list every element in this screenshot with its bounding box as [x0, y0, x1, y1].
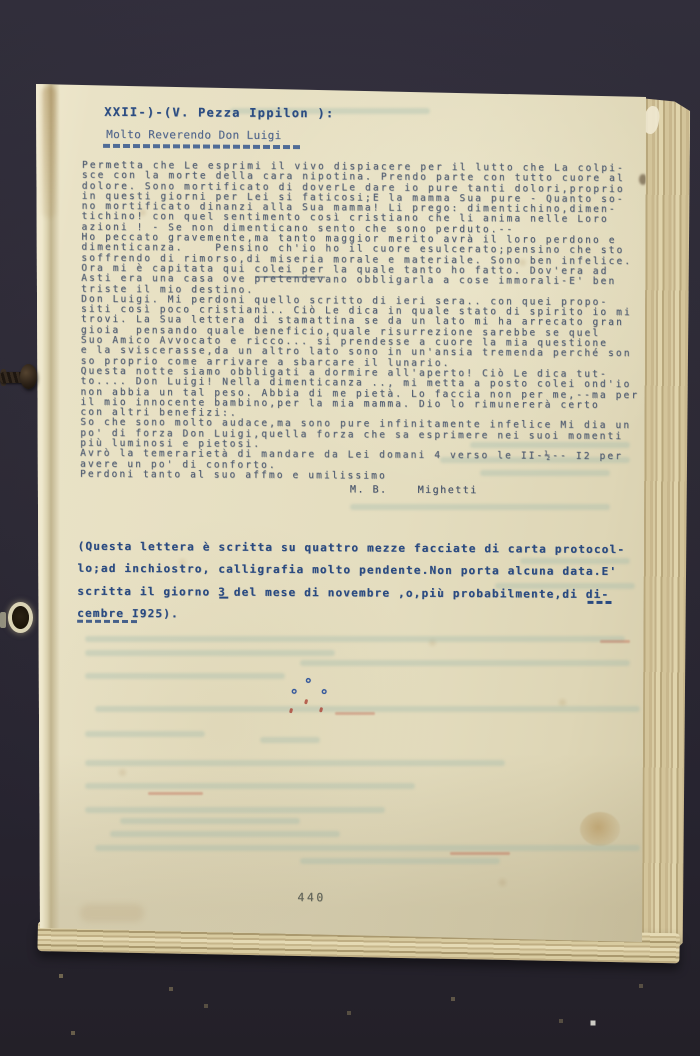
ornament-circles: °°° [287, 677, 335, 711]
archivist-note: (Questa lettera è scritta su quattro mez… [77, 536, 653, 629]
typed-content: XXII-)-(V. Pezza Ippilon ): Molto Revere… [29, 83, 650, 945]
note-closing-dashes [77, 620, 139, 623]
ornament-circle: ° [290, 686, 299, 704]
red-tick-mark [289, 708, 293, 713]
letter-body-line: Perdoni tanto al suo affmo e umilissimo [80, 470, 655, 484]
signature-line: M. B. Mighetti [350, 484, 478, 496]
note-underline-day [219, 597, 228, 599]
page-number: 440 [297, 890, 325, 904]
salutation-line: Molto Reverendo Don Luigi [106, 128, 282, 142]
ornament-circle: ° [304, 675, 313, 693]
letter-body: Permetta che Le esprimi il vivo dispiace… [80, 161, 657, 484]
binding-post [0, 362, 40, 392]
salutation-underline-dashes [103, 144, 301, 149]
section-heading: XXII-)-(V. Pezza Ippilon ): [104, 105, 334, 120]
binding-metal-glint [0, 612, 6, 628]
red-tick-mark [319, 707, 323, 712]
letter-page: XXII-)-(V. Pezza Ippilon ): Molto Revere… [34, 84, 650, 942]
note-underline-di [587, 601, 613, 604]
dust-speckles [0, 0, 2, 2]
archivist-note-line: cembre I925). [77, 603, 652, 629]
ornament-circle: ° [320, 686, 329, 704]
photo-background: XXII-)-(V. Pezza Ippilon ): Molto Revere… [0, 0, 700, 1056]
punch-hole [12, 606, 29, 629]
archivist-note-line: lo;ad inchiostro, calligrafia molto pend… [77, 558, 652, 584]
binding-post-head [20, 364, 37, 389]
paper-sheet: XXII-)-(V. Pezza Ippilon ): Molto Revere… [34, 84, 650, 942]
